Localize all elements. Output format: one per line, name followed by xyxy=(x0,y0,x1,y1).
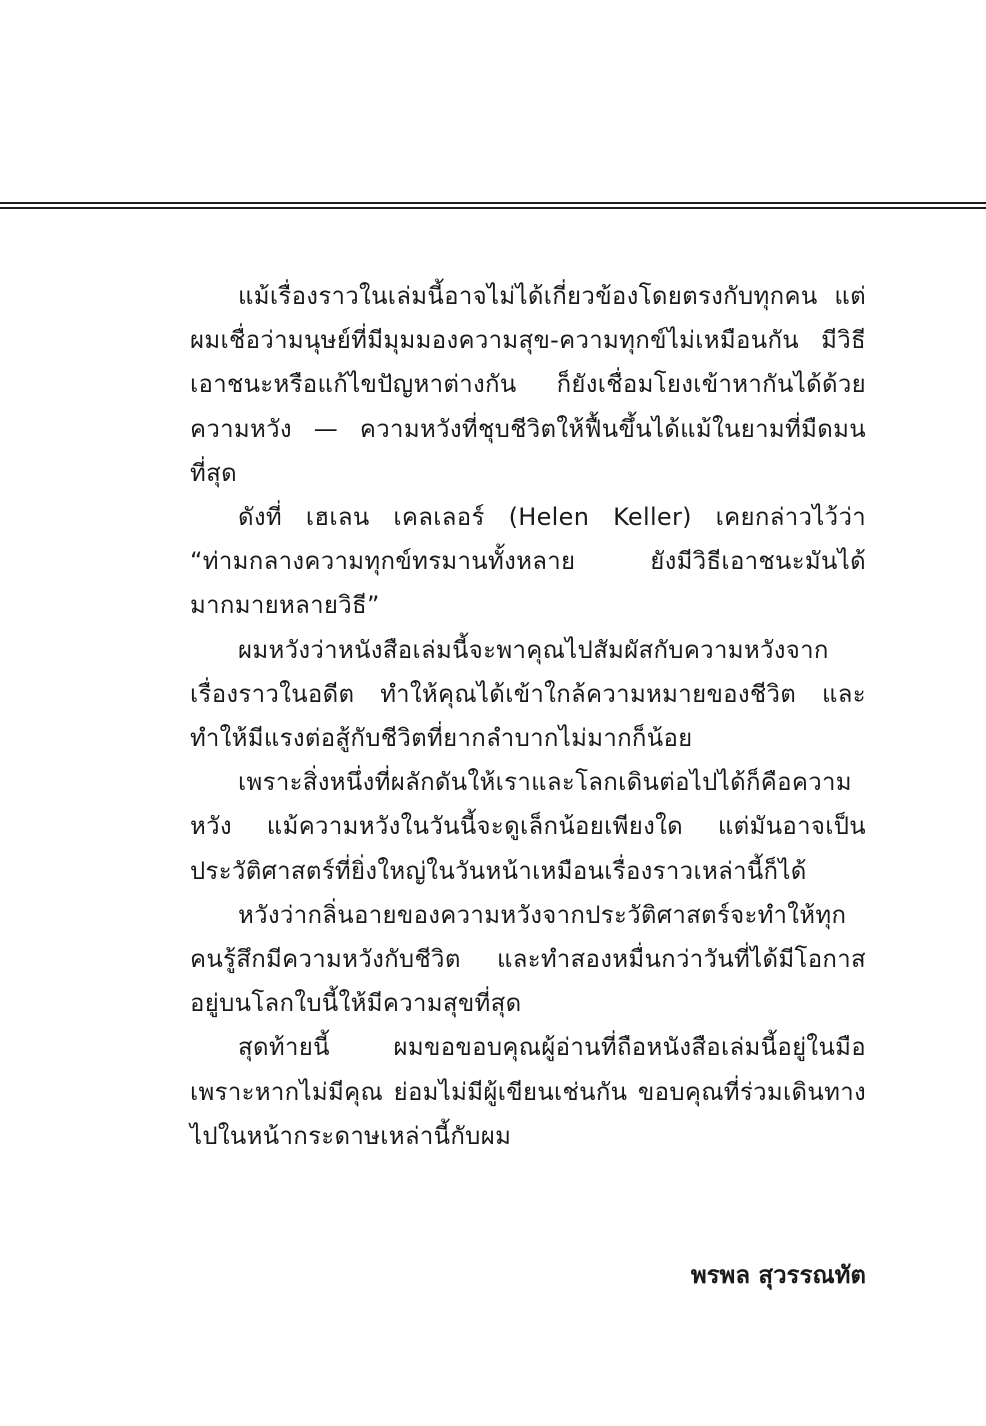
paragraph-5: หวังว่ากลิ่นอายของความหวังจากประวัติศาสต… xyxy=(190,893,866,1026)
paragraph-2: ดังที่ เฮเลน เคลเลอร์ (Helen Keller) เคย… xyxy=(190,495,866,628)
author-signature: พรพล สุวรรณทัต xyxy=(691,1255,866,1294)
paragraph-3: ผมหวังว่าหนังสือเล่มนี้จะพาคุณไปสัมผัสกั… xyxy=(190,628,866,761)
header-rule-bottom xyxy=(0,207,986,209)
paragraph-6: สุดท้ายนี้ ผมขอขอบคุณผู้อ่านที่ถือหนังสื… xyxy=(190,1025,866,1158)
page-body: แม้เรื่องราวในเล่มนี้อาจไม่ได้เกี่ยวข้อง… xyxy=(190,274,866,1158)
paragraph-4: เพราะสิ่งหนึ่งที่ผลักดันให้เราและโลกเดิน… xyxy=(190,760,866,893)
paragraph-1: แม้เรื่องราวในเล่มนี้อาจไม่ได้เกี่ยวข้อง… xyxy=(190,274,866,495)
header-rule-top xyxy=(0,202,986,204)
